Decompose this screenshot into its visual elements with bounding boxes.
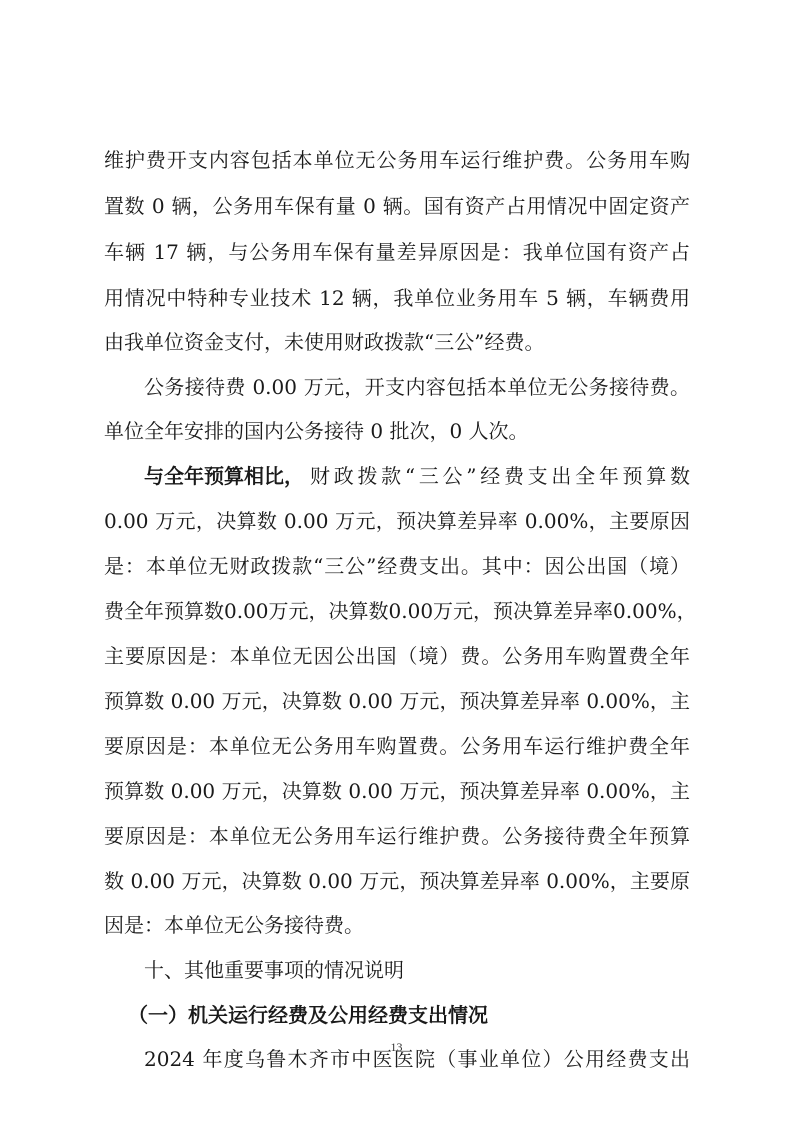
paragraph-line: 费全年预算数0.00万元，决算数0.00万元，预决算差异率0.00%， <box>104 593 690 629</box>
paragraph-line: 主要原因是：本单位无因公出国（境）费。公务用车购置费全年 <box>104 638 690 674</box>
page-number: 13 <box>0 1040 793 1055</box>
paragraph-line-remainder: 财政拨款“三公”经费支出全年预算数 <box>310 458 690 494</box>
paragraph-line: 公务接待费 0.00 万元，开支内容包括本单位无公务接待费。 <box>144 369 690 405</box>
paragraph-line: 预算数 0.00 万元，决算数 0.00 万元，预决算差异率 0.00%，主 <box>104 683 690 719</box>
paragraph-line: 置数 0 辆，公务用车保有量 0 辆。国有资产占用情况中固定资产 <box>104 188 690 224</box>
section-heading: 十、其他重要事项的情况说明 <box>144 952 690 988</box>
document-page: 维护费开支内容包括本单位无公务用车运行维护费。公务用车购 置数 0 辆，公务用车… <box>0 0 793 1122</box>
paragraph-line: 单位全年安排的国内公务接待 0 批次，0 人次。 <box>104 413 690 449</box>
bold-lead-text: 与全年预算相比， <box>144 458 304 494</box>
paragraph-line: 是：本单位无财政拨款“三公”经费支出。其中：因公出国（境） <box>104 548 690 584</box>
paragraph-line: 0.00 万元，决算数 0.00 万元，预决算差异率 0.00%，主要原因 <box>104 503 690 539</box>
paragraph-line: 预算数 0.00 万元，决算数 0.00 万元，预决算差异率 0.00%，主 <box>104 773 690 809</box>
paragraph-line: 要原因是：本单位无公务用车购置费。公务用车运行维护费全年 <box>104 728 690 764</box>
subsection-heading: （一）机关运行经费及公用经费支出情况 <box>128 997 714 1033</box>
paragraph-line: 因是：本单位无公务接待费。 <box>104 907 690 943</box>
paragraph-line: 用情况中特种专业技术 12 辆，我单位业务用车 5 辆，车辆费用 <box>104 280 690 316</box>
paragraph-line: 由我单位资金支付，未使用财政拨款“三公”经费。 <box>104 324 690 360</box>
paragraph-line-with-lead: 与全年预算相比， 财政拨款“三公”经费支出全年预算数 <box>144 458 690 494</box>
paragraph-line: 车辆 17 辆，与公务用车保有量差异原因是：我单位国有资产占 <box>104 234 690 270</box>
paragraph-line: 维护费开支内容包括本单位无公务用车运行维护费。公务用车购 <box>104 142 690 178</box>
paragraph-line: 数 0.00 万元，决算数 0.00 万元，预决算差异率 0.00%，主要原 <box>104 863 690 899</box>
paragraph-line: 要原因是：本单位无公务用车运行维护费。公务接待费全年预算 <box>104 818 690 854</box>
